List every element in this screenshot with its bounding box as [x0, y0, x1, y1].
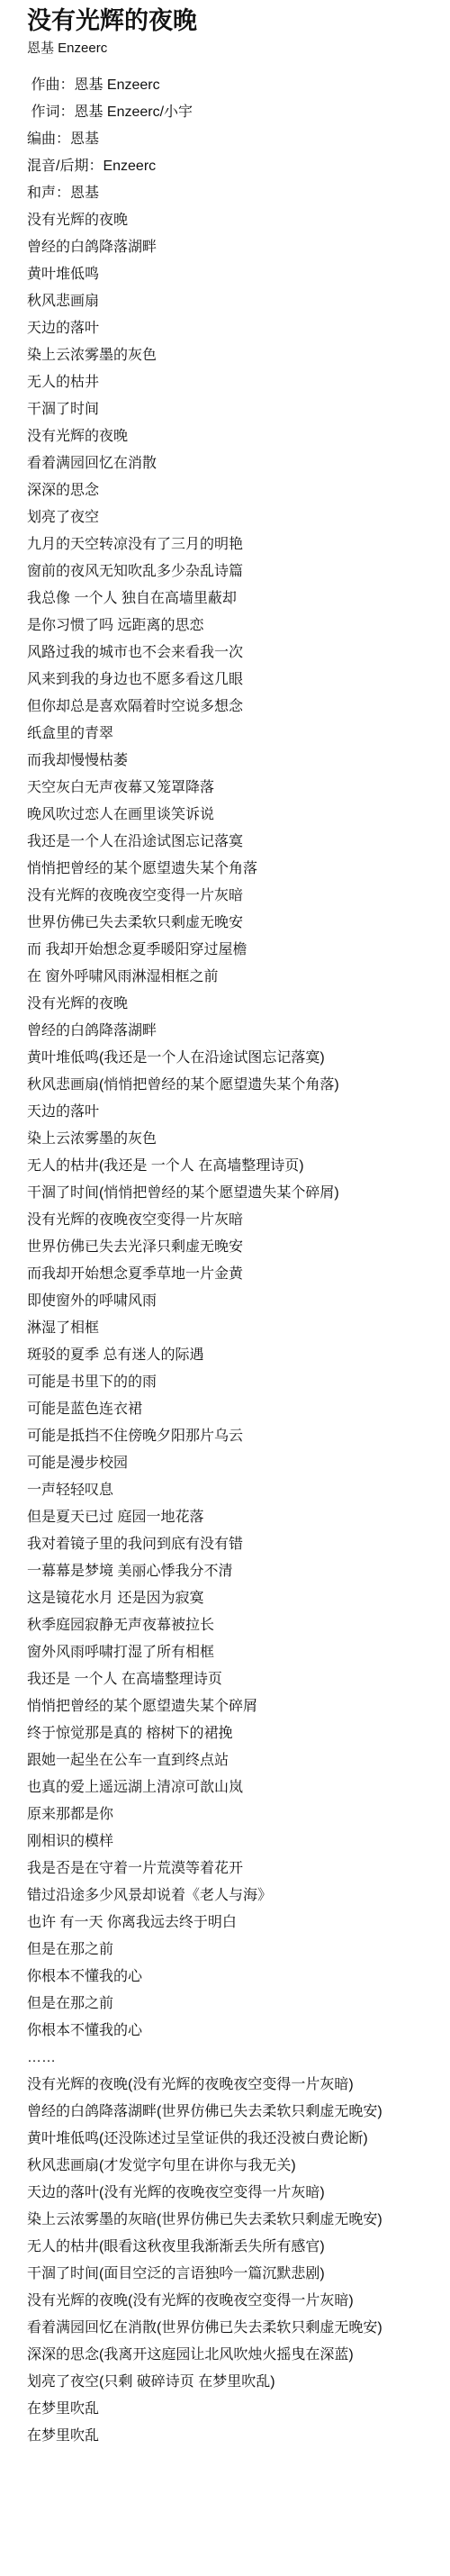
lyric-line: 风来到我的身边也不愿多看这几眼	[27, 667, 450, 694]
lyric-line: 也真的爱上遥远湖上清凉可歆山岚	[27, 1774, 450, 1801]
credit-line: 混音/后期：Enzeerc	[27, 153, 450, 180]
lyric-line: 但是在那之前	[27, 1937, 450, 1964]
credit-line: 和声：恩基	[27, 180, 450, 207]
lyric-line: 天边的落叶	[27, 315, 450, 342]
lyric-line: 纸盒里的青翠	[27, 721, 450, 748]
lyric-line: 错过沿途多少风景却说着《老人与海》	[27, 1882, 450, 1909]
lyric-line: 干涸了时间(悄悄把曾经的某个愿望遗失某个碎屑)	[27, 1180, 450, 1207]
lyric-line: 天边的落叶(没有光辉的夜晚夜空变得一片灰暗)	[27, 2180, 450, 2207]
lyric-line: 我还是 一个人 在高墙整理诗页	[27, 1666, 450, 1693]
lyric-line: 秋风悲画扇(才发觉字句里在讲你与我无关)	[27, 2153, 450, 2180]
lyric-line: 看着满园回忆在消散	[27, 450, 450, 477]
page-title: 没有光辉的夜晚	[27, 5, 450, 36]
lyric-line: 没有光辉的夜晚	[27, 207, 450, 234]
lyric-line: 原来那都是你	[27, 1801, 450, 1828]
lyric-line: 但你却总是喜欢隔着时空说多想念	[27, 694, 450, 721]
lyric-line: 但是在那之前	[27, 1991, 450, 2018]
lyric-line: 无人的枯井(眼看这秋夜里我渐渐丢失所有感官)	[27, 2234, 450, 2261]
lyric-line: ……	[27, 2045, 450, 2072]
credit-line: 编曲：恩基	[27, 126, 450, 153]
lyric-line: 天边的落叶	[27, 1099, 450, 1126]
credit-line: 作曲：恩基 Enzeerc	[27, 72, 450, 99]
artist-name: 恩基 Enzeerc	[27, 36, 450, 61]
lyric-line: 干涸了时间	[27, 396, 450, 423]
lyric-line: 一声轻轻叹息	[27, 1477, 450, 1504]
lyric-line: 终于惊觉那是真的 榕树下的裙挽	[27, 1720, 450, 1747]
lyric-line: 干涸了时间(面目空泛的言语独吟一篇沉默悲剧)	[27, 2261, 450, 2288]
lyric-line: 我对着镜子里的我问到底有没有错	[27, 1531, 450, 1558]
lyric-line: 曾经的白鸽降落湖畔	[27, 1018, 450, 1045]
lyric-line: 没有光辉的夜晚夜空变得一片灰暗	[27, 883, 450, 910]
header-spacer	[27, 61, 450, 72]
lyric-line: 可能是抵挡不住傍晚夕阳那片乌云	[27, 1423, 450, 1450]
lyric-line: 深深的思念	[27, 477, 450, 504]
lyric-line: 但是夏天已过 庭园一地花落	[27, 1504, 450, 1531]
lyric-line: 跟她一起坐在公车一直到终点站	[27, 1747, 450, 1774]
lyric-line: 九月的天空转凉没有了三月的明艳	[27, 531, 450, 558]
lyric-line: 你根本不懂我的心	[27, 2018, 450, 2045]
lyric-line: 无人的枯井(我还是 一个人 在高墙整理诗页)	[27, 1153, 450, 1180]
lyric-line: 没有光辉的夜晚(没有光辉的夜晚夜空变得一片灰暗)	[27, 2288, 450, 2315]
lyric-line: 无人的枯井	[27, 369, 450, 396]
lyric-line: 染上云浓雾墨的灰暗(世界仿佛已失去柔软只剩虚无晚安)	[27, 2207, 450, 2234]
lyric-line: 没有光辉的夜晚(没有光辉的夜晚夜空变得一片灰暗)	[27, 2072, 450, 2099]
lyric-line: 而我却慢慢枯萎	[27, 748, 450, 775]
lyric-line: 窗外风雨呼啸打湿了所有相框	[27, 1639, 450, 1666]
lyric-line: 没有光辉的夜晚	[27, 423, 450, 450]
lyric-line: 而 我却开始想念夏季暖阳穿过屋檐	[27, 937, 450, 964]
lyric-line: 可能是书里下的的雨	[27, 1369, 450, 1396]
lyric-line: 没有光辉的夜晚夜空变得一片灰暗	[27, 1207, 450, 1234]
lyric-line: 天空灰白无声夜幕又笼罩降落	[27, 775, 450, 802]
lyric-line: 秋风悲画扇(悄悄把曾经的某个愿望遗失某个角落)	[27, 1072, 450, 1099]
lyric-line: 世界仿佛已失去柔软只剩虚无晚安	[27, 910, 450, 937]
lyric-line: 即使窗外的呼啸风雨	[27, 1288, 450, 1315]
lyric-line: 我是否是在守着一片荒漠等着花开	[27, 1855, 450, 1882]
lyric-line: 染上云浓雾墨的灰色	[27, 342, 450, 369]
lyric-line: 刚相识的模样	[27, 1828, 450, 1855]
lyric-line: 我总像 一个人 独自在高墙里蔽却	[27, 585, 450, 612]
lyric-line: 风路过我的城市也不会来看我一次	[27, 639, 450, 667]
lyric-line: 可能是漫步校园	[27, 1450, 450, 1477]
lyric-line: 这是镜花水月 还是因为寂寞	[27, 1585, 450, 1612]
lyric-line: 斑驳的夏季 总有迷人的际遇	[27, 1342, 450, 1369]
lyric-line: 而我却开始想念夏季草地一片金黄	[27, 1261, 450, 1288]
lyric-line: 没有光辉的夜晚	[27, 991, 450, 1018]
credit-line: 作词：恩基 Enzeerc/小宇	[27, 99, 450, 126]
lyric-line: 是你习惯了吗 远距离的思恋	[27, 612, 450, 639]
lyric-line: 在 窗外呼啸风雨淋湿相框之前	[27, 964, 450, 991]
lyric-line: 淋湿了相框	[27, 1315, 450, 1342]
lyric-line: 深深的思念(我离开这庭园让北风吹烛火摇曳在深蓝)	[27, 2342, 450, 2369]
lyric-line: 在梦里吹乱	[27, 2423, 450, 2450]
lyric-line: 黄叶堆低鸣(还没陈述过呈堂证供的我还没被白费论断)	[27, 2126, 450, 2153]
lyric-line: 黄叶堆低鸣(我还是一个人在沿途试图忘记落寞)	[27, 1045, 450, 1072]
lyric-line: 秋风悲画扇	[27, 288, 450, 315]
lyric-line: 我还是一个人在沿途试图忘记落寞	[27, 829, 450, 856]
lyric-line: 黄叶堆低鸣	[27, 261, 450, 288]
credits-list: 作曲：恩基 Enzeerc 作词：恩基 Enzeerc/小宇编曲：恩基混音/后期…	[27, 72, 450, 207]
lyric-line: 窗前的夜风无知吹乱多少杂乱诗篇	[27, 558, 450, 585]
lyric-line: 划亮了夜空	[27, 504, 450, 531]
lyric-line: 秋季庭园寂静无声夜幕被拉长	[27, 1612, 450, 1639]
lyric-line: 在梦里吹乱	[27, 2396, 450, 2423]
lyrics-page: 没有光辉的夜晚 恩基 Enzeerc 作曲：恩基 Enzeerc 作词：恩基 E…	[0, 0, 450, 2450]
lyric-line: 染上云浓雾墨的灰色	[27, 1126, 450, 1153]
lyric-line: 晚风吹过恋人在画里谈笑诉说	[27, 802, 450, 829]
lyric-line: 世界仿佛已失去光泽只剩虚无晚安	[27, 1234, 450, 1261]
lyric-line: 看着满园回忆在消散(世界仿佛已失去柔软只剩虚无晚安)	[27, 2315, 450, 2342]
lyrics-list: 没有光辉的夜晚曾经的白鸽降落湖畔黄叶堆低鸣秋风悲画扇天边的落叶染上云浓雾墨的灰色…	[27, 207, 450, 2450]
lyric-line: 也许 有一天 你离我远去终于明白	[27, 1909, 450, 1937]
lyric-line: 一幕幕是梦境 美丽心悸我分不清	[27, 1558, 450, 1585]
lyric-line: 曾经的白鸽降落湖畔	[27, 234, 450, 261]
lyric-line: 划亮了夜空(只剩 破碎诗页 在梦里吹乱)	[27, 2369, 450, 2396]
lyric-line: 悄悄把曾经的某个愿望遗失某个角落	[27, 856, 450, 883]
lyric-line: 曾经的白鸽降落湖畔(世界仿佛已失去柔软只剩虚无晚安)	[27, 2099, 450, 2126]
lyric-line: 可能是蓝色连衣裙	[27, 1396, 450, 1423]
lyric-line: 你根本不懂我的心	[27, 1964, 450, 1991]
lyric-line: 悄悄把曾经的某个愿望遗失某个碎屑	[27, 1693, 450, 1720]
